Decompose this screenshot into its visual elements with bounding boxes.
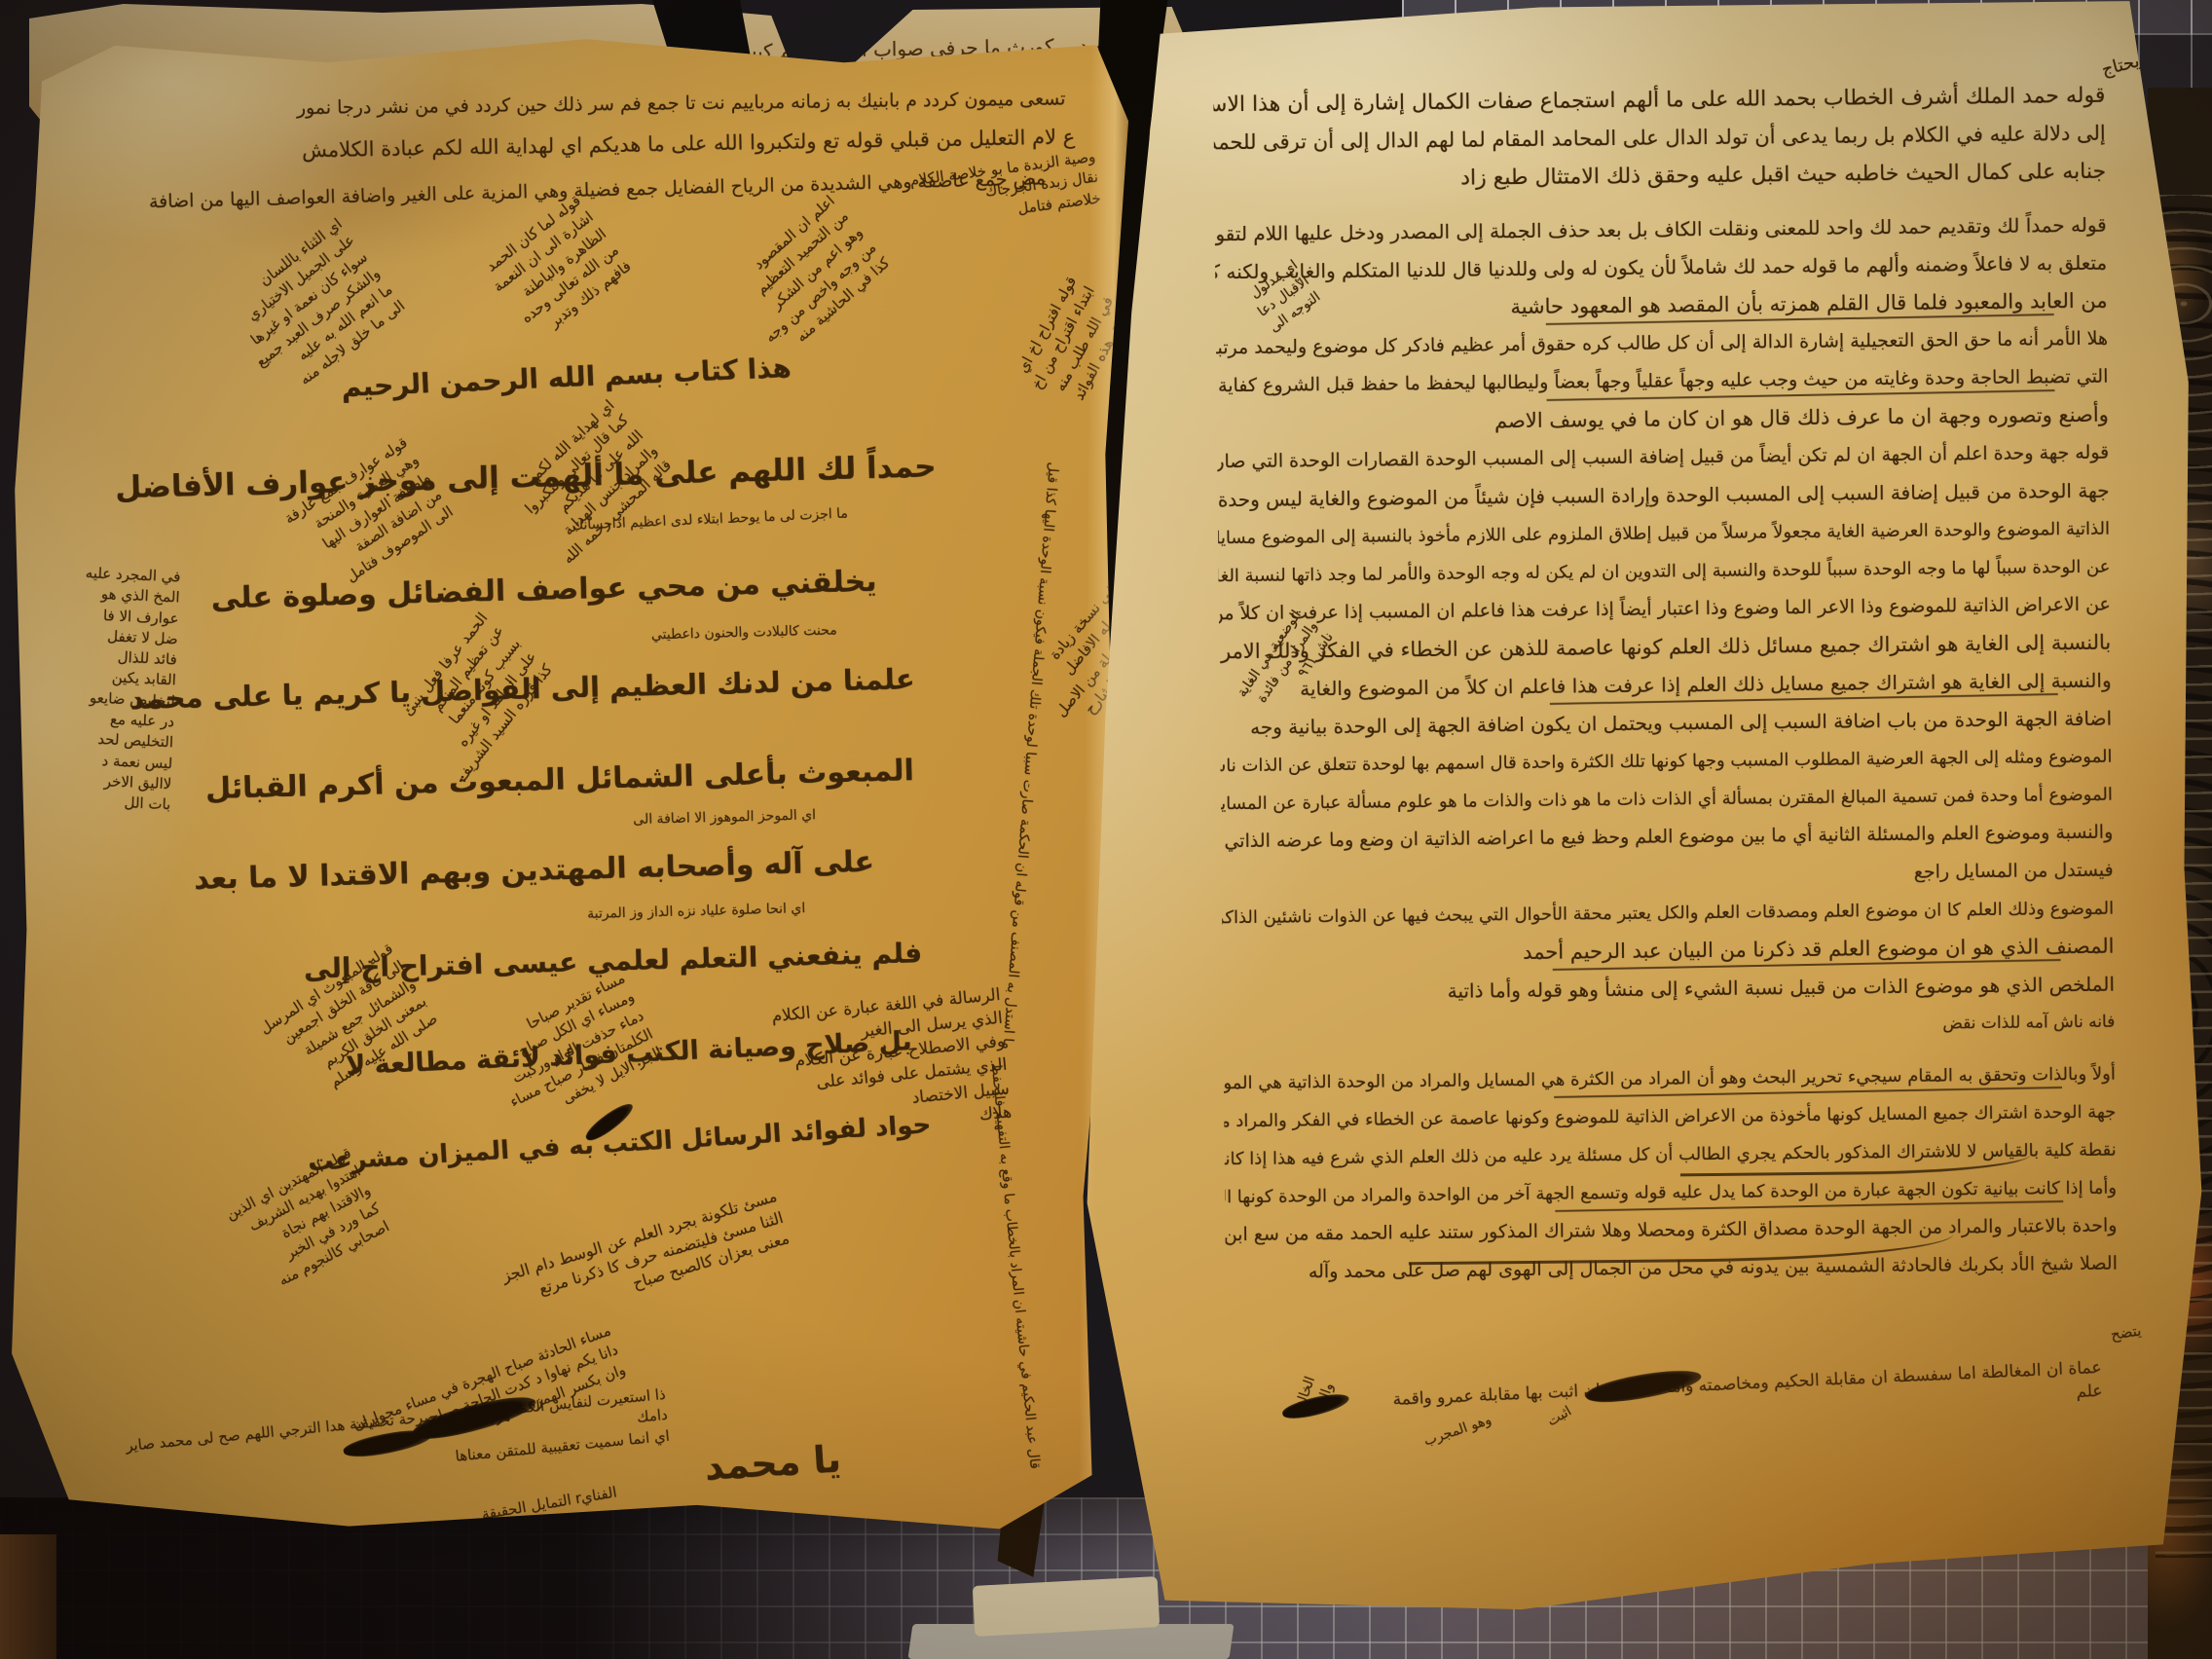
bottom-note: يتضح xyxy=(2024,1320,2143,1358)
left-folio: تسعى ميمون كردد م بابنيك به زمانه مربايي… xyxy=(1,20,1136,1545)
bottom-note: الخالة والع xyxy=(1264,1374,1339,1496)
right-folio-text-block: قوله حمد الملك أشرف الخطاب بحمد الله على… xyxy=(1213,77,2118,1293)
right-folio: قوله حمد الملك أشرف الخطاب بحمد الله على… xyxy=(1025,0,2210,1624)
main-text-line: على آله وأصحابه المهتدين وبهم الاقتدا لا… xyxy=(154,842,875,903)
leaf-edge-fragment xyxy=(973,1576,1160,1637)
wood-sliver xyxy=(0,1534,56,1659)
interlinear-gloss: محنت كالبلادت والحنون داعطيتي xyxy=(331,621,837,653)
main-text-line: المبعوث بأعلى الشمائل المبعوث من أكرم ال… xyxy=(174,751,915,811)
top-annotation-line: ع لام التعليل من قبلي قوله تع ولتكبروا ا… xyxy=(53,124,1075,170)
top-annotation-line: تسعى ميمون كردد م بابنيك به زمانه مربايي… xyxy=(72,86,1065,124)
gloss-block: وصية الزبدة ما بو خلاصة الكلام نقال زبدة… xyxy=(785,147,1102,249)
manuscript-photo: بركه درر كورث ما حرفي صواب ازل زمابهم كي… xyxy=(0,0,2212,1659)
interlinear-gloss: اي انحا صلوة علياد نزه الداز وز المرتبة xyxy=(299,900,805,932)
gloss-block: مسئ تلكونة بجرد العلم عن الوسط دام الجز … xyxy=(437,1186,793,1349)
main-text-line: علمنا من لدنك العظيم إلى الفواصل يا كريم… xyxy=(194,659,915,719)
margin-gloss-vertical: قال عبد الحكيم في حاشيته ان المراد بالخط… xyxy=(965,1061,1043,1472)
gloss-block: قوله المهتدين اي الذين اهتدوا بهديه الشر… xyxy=(87,1143,393,1370)
